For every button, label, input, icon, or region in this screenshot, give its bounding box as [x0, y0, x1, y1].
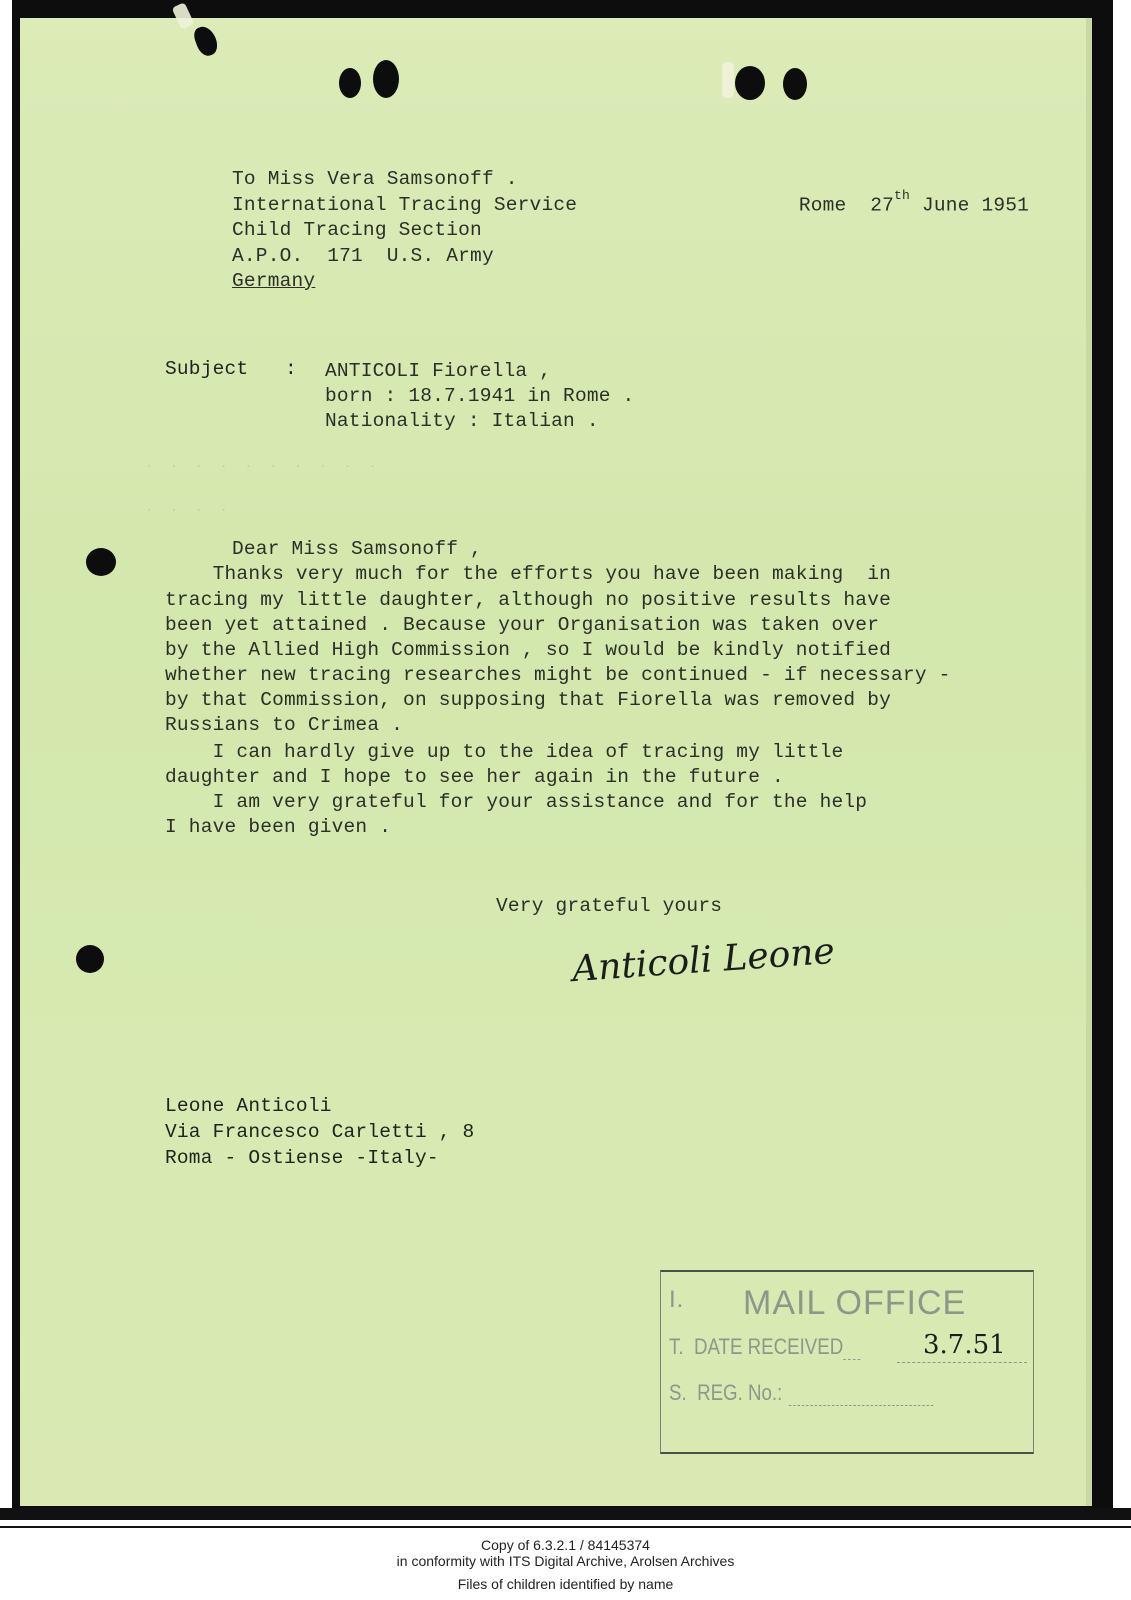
footer-rule-thick	[0, 1508, 1131, 1520]
body-line: whether new tracing researches might be …	[165, 664, 951, 686]
stamp-reg-label: REG. No.:	[697, 1380, 782, 1405]
faint-bleed-through: . . . . . . . . . .	[145, 456, 381, 472]
recipient-country: Germany	[232, 270, 315, 292]
recipient-line: A.P.O. 171 U.S. Army	[232, 245, 494, 267]
date-suffix: th	[894, 188, 910, 203]
tape-mark	[722, 62, 734, 98]
body-line: tracing my little daughter, although no …	[165, 589, 891, 611]
body-line: by that Commission, on supposing that Fi…	[165, 689, 891, 711]
stamp-side-letter: I.	[669, 1286, 684, 1314]
stamp-date-value: 3.7.51	[923, 1330, 1006, 1360]
sender-line: Leone Anticoli	[165, 1095, 332, 1117]
body-line: Thanks very much for the efforts you hav…	[165, 563, 891, 585]
body-line: I am very grateful for your assistance a…	[165, 791, 867, 813]
punch-hole-left-lower	[76, 945, 104, 973]
recipient-line: To Miss Vera Samsonoff .	[232, 168, 518, 190]
stamp-date-underline	[897, 1362, 1027, 1363]
body-line: Russians to Crimea .	[165, 714, 403, 736]
body-line: by the Allied High Commission , so I wou…	[165, 639, 891, 661]
sender-line: Via Francesco Carletti , 8	[165, 1121, 474, 1143]
stamp-date-row: T. DATE RECEIVED	[669, 1334, 860, 1360]
letter-date: Rome 27th June 1951	[775, 170, 1029, 217]
footer-rule-thin	[0, 1526, 1131, 1528]
archive-footer-line2: in conformity with ITS Digital Archive, …	[0, 1553, 1131, 1569]
body-line: daughter and I hope to see her again in …	[165, 766, 784, 788]
body-line: I have been given .	[165, 816, 391, 838]
subject-label: Subject	[165, 358, 248, 380]
stamp-side-letter: S.	[669, 1380, 687, 1405]
sender-line: Roma - Ostiense -Italy-	[165, 1147, 439, 1169]
recipient-line: International Tracing Service	[232, 194, 577, 216]
date-place: Rome	[799, 195, 847, 217]
stamp-title: MAIL OFFICE	[743, 1284, 966, 1323]
body-line: I can hardly give up to the idea of trac…	[165, 741, 843, 763]
punch-hole-top-right-a	[735, 66, 765, 100]
date-day: 27	[870, 195, 894, 217]
archive-footer-line1: Copy of 6.3.2.1 / 84145374	[0, 1537, 1131, 1553]
stamp-reg-row: S. REG. No.:	[669, 1380, 934, 1406]
salutation: Dear Miss Samsonoff ,	[232, 538, 482, 560]
closing: Very grateful yours	[496, 895, 722, 917]
date-month-year: June 1951	[922, 195, 1029, 217]
archive-footer-line3: Files of children identified by name	[0, 1576, 1131, 1592]
punch-hole-top-left-a	[339, 68, 361, 98]
recipient-line: Child Tracing Section	[232, 219, 482, 241]
subject-separator: :	[285, 358, 297, 380]
punch-hole-top-right-b	[783, 68, 807, 100]
subject-line: ANTICOLI Fiorella ,	[325, 360, 551, 382]
punch-hole-left-upper	[86, 548, 116, 576]
faint-bleed-through: . . . .	[145, 500, 232, 516]
body-line: been yet attained . Because your Organis…	[165, 614, 879, 636]
stamp-side-letter: T.	[669, 1334, 684, 1359]
subject-line: born : 18.7.1941 in Rome .	[325, 385, 634, 407]
subject-line: Nationality : Italian .	[325, 410, 599, 432]
punch-hole-top-left-b	[373, 60, 399, 98]
mail-office-stamp: I. MAIL OFFICE T. DATE RECEIVED 3.7.51 S…	[660, 1270, 1034, 1454]
stamp-date-label: DATE RECEIVED	[694, 1334, 843, 1359]
